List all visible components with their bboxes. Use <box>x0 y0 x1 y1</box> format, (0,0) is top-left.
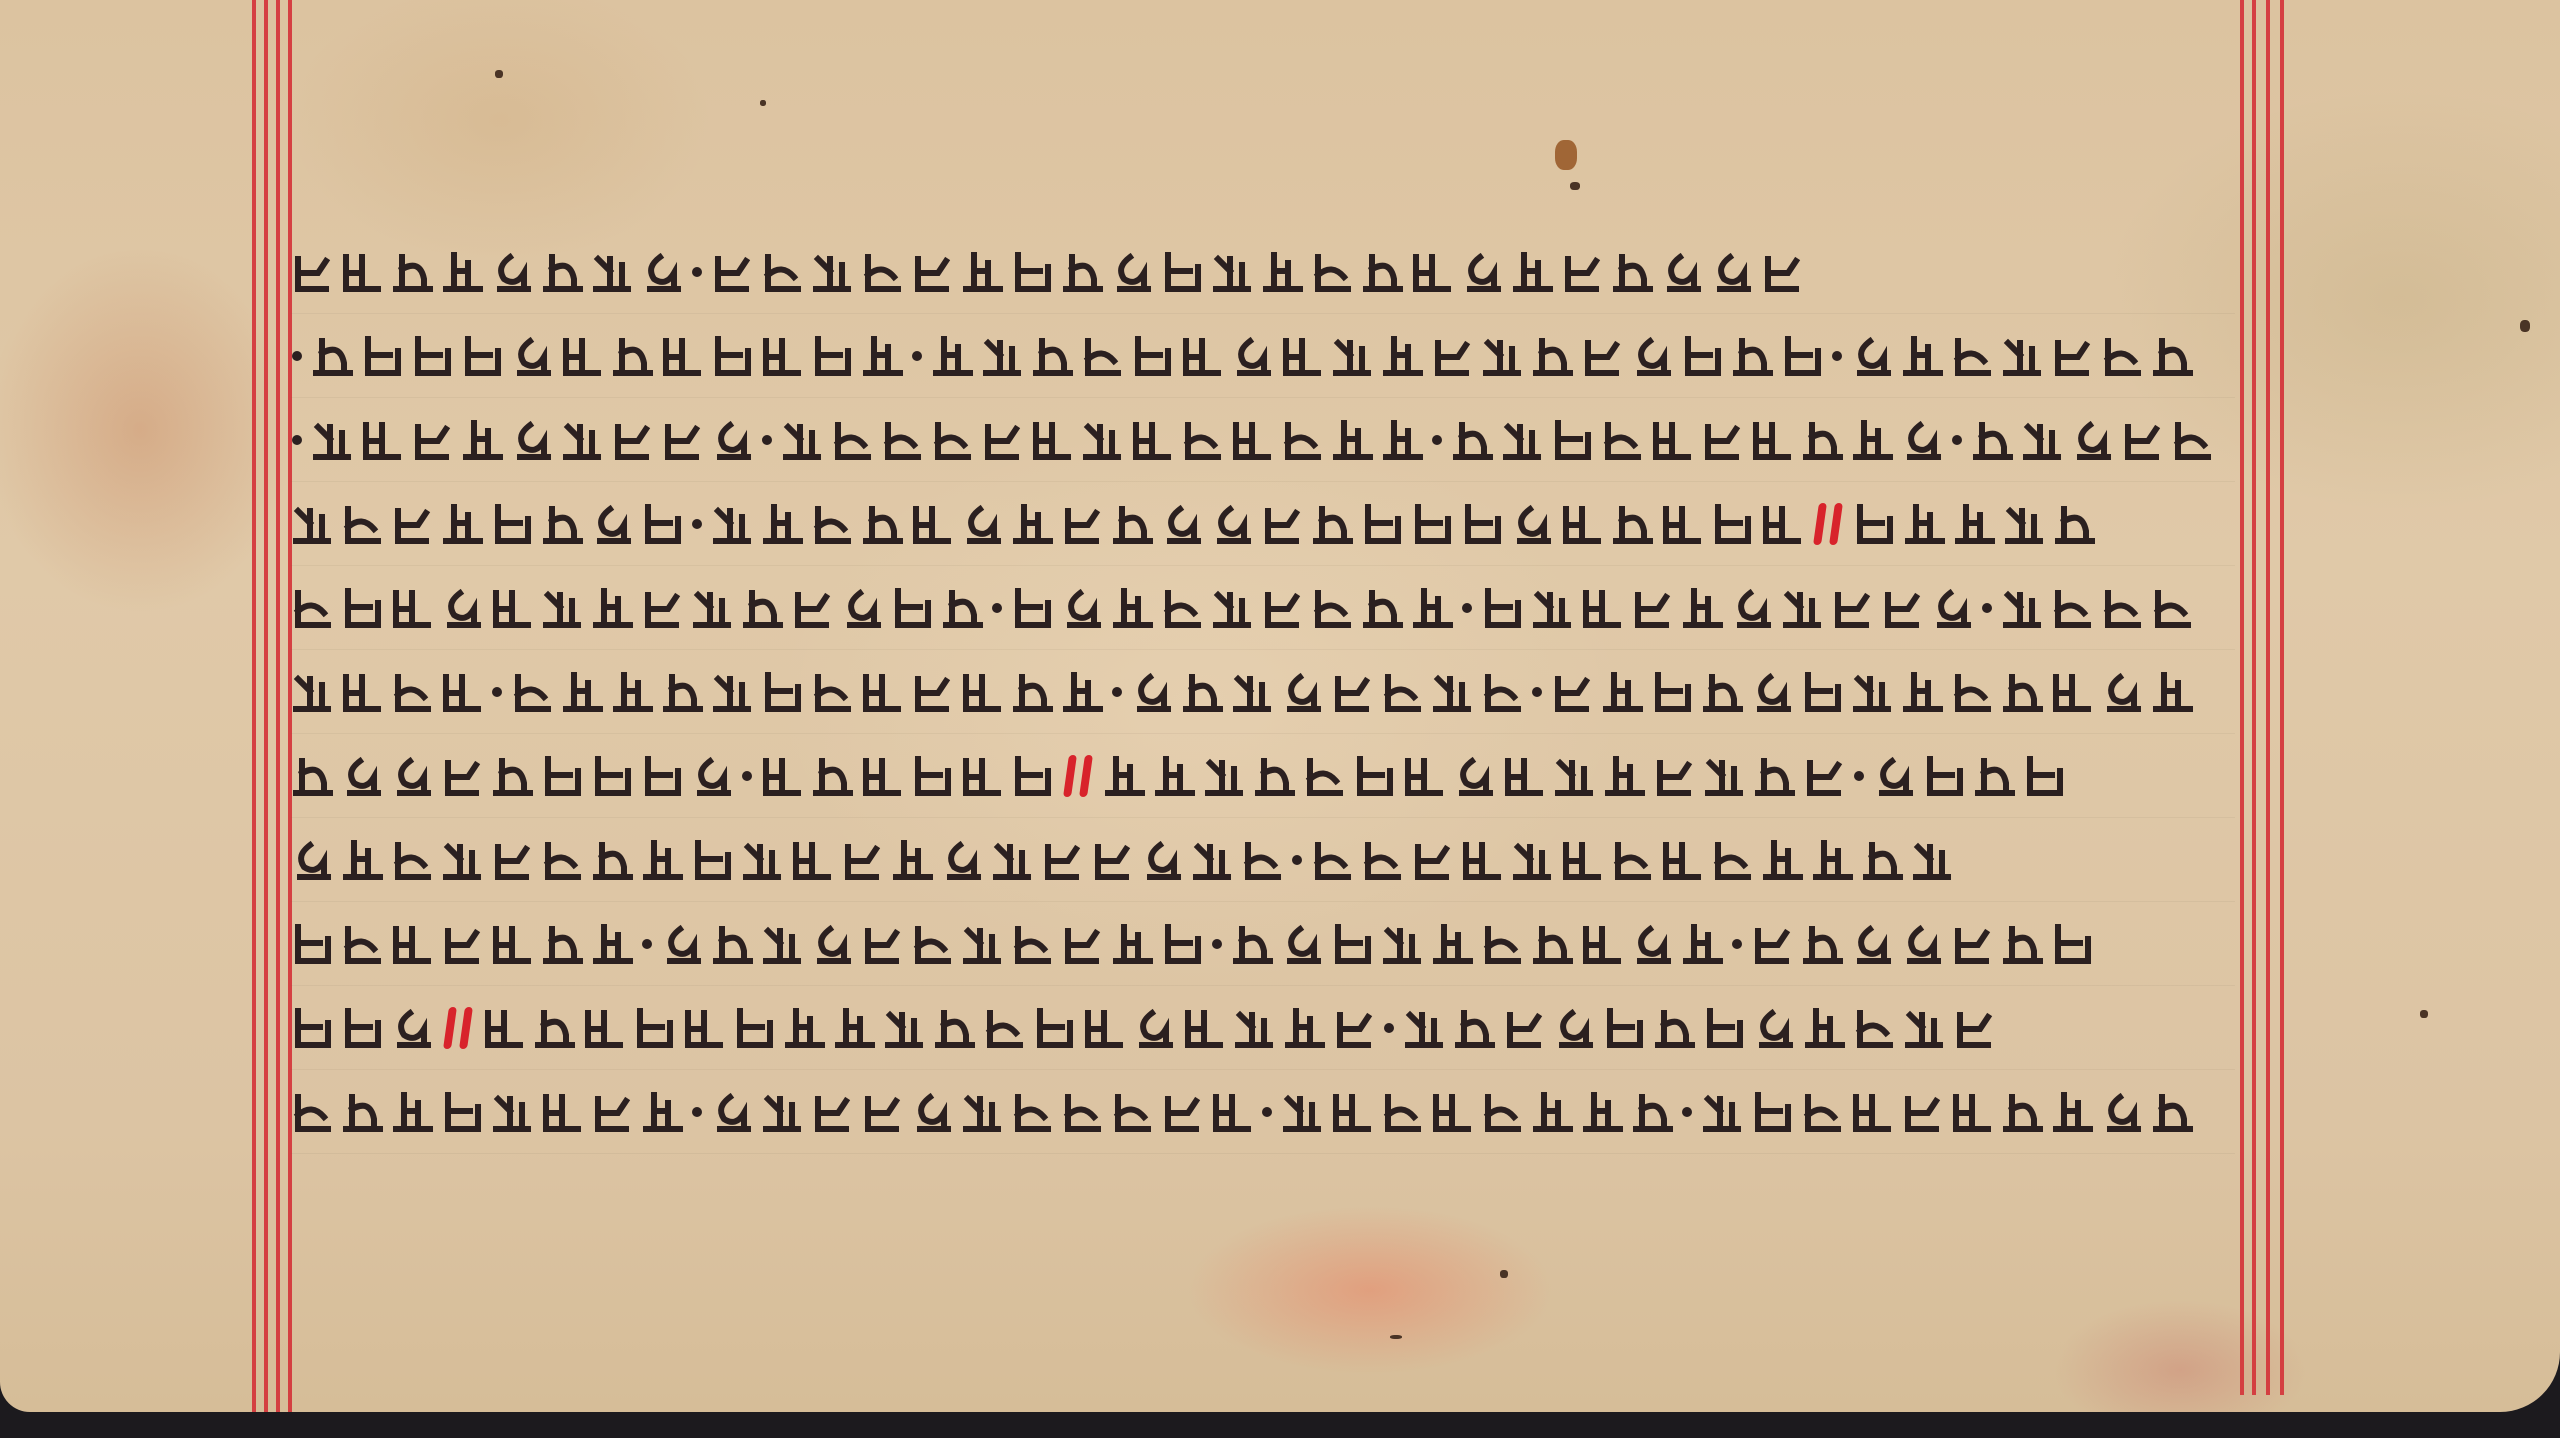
script-glyph <box>290 669 334 715</box>
script-glyph <box>1702 1005 1746 1051</box>
script-glyph <box>440 753 484 799</box>
script-glyph <box>460 417 504 463</box>
script-glyph <box>1040 837 1084 883</box>
script-run <box>710 501 1804 547</box>
visarga-dot <box>292 351 302 361</box>
script-glyph <box>1182 1005 1226 1051</box>
script-glyph <box>582 1005 626 1051</box>
script-glyph <box>1450 417 1494 463</box>
script-glyph <box>2050 921 2094 967</box>
script-glyph <box>1110 921 1154 967</box>
script-glyph <box>1580 921 1624 967</box>
script-glyph <box>410 417 454 463</box>
script-glyph <box>710 417 754 463</box>
script-glyph <box>910 249 954 295</box>
script-glyph <box>290 921 334 967</box>
script-glyph <box>1610 249 1654 295</box>
script-glyph <box>1352 753 1396 799</box>
script-glyph <box>490 501 534 547</box>
visarga-dot <box>1832 351 1842 361</box>
script-run <box>290 249 684 295</box>
script-glyph <box>1032 1005 1076 1051</box>
script-glyph <box>482 1005 526 1051</box>
visarga-dot <box>1432 435 1442 445</box>
script-glyph <box>490 249 534 295</box>
script-run <box>1872 753 2066 799</box>
script-glyph <box>2000 333 2044 379</box>
script-glyph <box>710 333 754 379</box>
manuscript-line-9 <box>290 902 2235 986</box>
script-glyph <box>932 1005 976 1051</box>
script-glyph <box>1180 333 1224 379</box>
script-glyph <box>340 753 384 799</box>
script-run <box>290 921 634 967</box>
script-glyph <box>810 921 854 967</box>
script-glyph <box>1410 249 1454 295</box>
script-glyph <box>1160 585 1204 631</box>
script-glyph <box>2000 921 2044 967</box>
script-glyph <box>710 501 754 547</box>
script-glyph <box>1652 1005 1696 1051</box>
script-glyph <box>1560 837 1604 883</box>
script-glyph <box>840 837 884 883</box>
script-run <box>290 501 684 547</box>
script-glyph <box>1202 753 1246 799</box>
script-glyph <box>340 501 384 547</box>
red-double-danda <box>440 1007 476 1049</box>
script-glyph <box>2022 753 2066 799</box>
right-ruling-line <box>2252 0 2256 1395</box>
script-glyph <box>1110 249 1154 295</box>
script-glyph <box>2150 585 2194 631</box>
script-glyph <box>1160 249 1204 295</box>
script-run <box>290 585 984 631</box>
script-glyph <box>1260 585 1304 631</box>
script-glyph <box>1900 669 1944 715</box>
script-glyph <box>590 501 634 547</box>
script-glyph <box>960 921 1004 967</box>
visarga-dot <box>1854 771 1864 781</box>
script-glyph <box>1310 249 1354 295</box>
script-glyph <box>590 585 634 631</box>
script-glyph <box>760 921 804 967</box>
script-glyph <box>810 753 854 799</box>
script-glyph <box>1132 1005 1176 1051</box>
script-run <box>510 669 1104 715</box>
script-glyph <box>990 837 1034 883</box>
script-glyph <box>2100 333 2144 379</box>
script-glyph <box>490 921 534 967</box>
script-glyph <box>1610 837 1654 883</box>
script-glyph <box>1850 921 1894 967</box>
script-glyph <box>2150 1089 2194 1135</box>
script-run <box>1280 1089 1674 1135</box>
script-glyph <box>882 1005 926 1051</box>
script-glyph <box>1260 249 1304 295</box>
paper-fleck <box>1570 182 1580 190</box>
script-glyph <box>710 921 754 967</box>
script-glyph <box>1800 669 1844 715</box>
script-glyph <box>1302 753 1346 799</box>
script-glyph <box>1160 921 1204 967</box>
script-glyph <box>1060 249 1104 295</box>
script-glyph <box>490 753 534 799</box>
manuscript-text-block <box>290 230 2235 1154</box>
script-glyph <box>910 921 954 967</box>
script-glyph <box>980 417 1024 463</box>
script-glyph <box>1410 501 1454 547</box>
script-glyph <box>390 837 434 883</box>
red-double-danda <box>1060 755 1096 797</box>
script-run <box>1402 1005 1996 1051</box>
script-run <box>290 753 734 799</box>
script-glyph <box>1232 1005 1276 1051</box>
script-glyph <box>660 333 704 379</box>
script-glyph <box>1430 921 1474 967</box>
script-glyph <box>2150 669 2194 715</box>
script-glyph <box>340 1089 384 1135</box>
script-glyph <box>460 333 504 379</box>
script-glyph <box>540 1089 584 1135</box>
manuscript-line-10 <box>290 986 2235 1070</box>
script-glyph <box>1310 501 1354 547</box>
script-run <box>290 837 1284 883</box>
script-glyph <box>1480 1089 1524 1135</box>
script-glyph <box>590 753 634 799</box>
script-glyph <box>1380 1089 1424 1135</box>
visarga-dot <box>1682 1107 1692 1117</box>
script-glyph <box>1530 1089 1574 1135</box>
script-glyph <box>1900 921 1944 967</box>
visarga-dot <box>692 519 702 529</box>
script-run <box>1750 921 2094 967</box>
script-glyph <box>590 921 634 967</box>
script-glyph <box>1080 333 1124 379</box>
script-glyph <box>1210 1089 1254 1135</box>
script-glyph <box>640 249 684 295</box>
visarga-dot <box>1462 603 1472 613</box>
script-glyph <box>1160 1089 1204 1135</box>
script-glyph <box>1082 1005 1126 1051</box>
manuscript-line-11 <box>290 1070 2235 1154</box>
script-run <box>710 1089 1254 1135</box>
script-glyph <box>1010 1089 1054 1135</box>
script-glyph <box>1800 921 1844 967</box>
script-glyph <box>540 501 584 547</box>
script-glyph <box>1010 753 1054 799</box>
visarga-dot <box>742 771 752 781</box>
script-glyph <box>1010 585 1054 631</box>
script-glyph <box>1280 417 1324 463</box>
script-glyph <box>1380 921 1424 967</box>
script-glyph <box>2050 669 2094 715</box>
script-glyph <box>910 753 954 799</box>
script-glyph <box>732 1005 776 1051</box>
paper-fleck <box>1390 1335 1402 1339</box>
script-glyph <box>880 417 924 463</box>
script-glyph <box>1280 669 1324 715</box>
script-glyph <box>1130 417 1174 463</box>
script-glyph <box>1140 837 1184 883</box>
script-glyph <box>2000 1089 2044 1135</box>
script-glyph <box>760 333 804 379</box>
script-glyph <box>1760 501 1804 547</box>
script-run <box>660 921 1204 967</box>
script-run <box>1450 417 1944 463</box>
script-glyph <box>1430 1089 1474 1135</box>
script-glyph <box>1010 921 1054 967</box>
script-glyph <box>1260 501 1304 547</box>
script-run <box>1852 501 2096 547</box>
script-glyph <box>1402 753 1446 799</box>
script-glyph <box>1510 837 1554 883</box>
script-glyph <box>340 585 384 631</box>
visarga-dot <box>492 687 502 697</box>
script-glyph <box>1360 501 1404 547</box>
script-glyph <box>1750 1089 1794 1135</box>
script-glyph <box>1630 1089 1674 1135</box>
visarga-dot <box>1952 435 1962 445</box>
script-glyph <box>540 837 584 883</box>
visarga-dot <box>1262 1107 1272 1117</box>
script-glyph <box>1480 921 1524 967</box>
script-glyph <box>440 501 484 547</box>
manuscript-line-7 <box>290 734 2235 818</box>
script-glyph <box>960 249 1004 295</box>
script-glyph <box>310 333 354 379</box>
left-ruling-line <box>264 0 268 1412</box>
script-glyph <box>1580 333 1624 379</box>
script-glyph <box>640 1089 684 1135</box>
script-glyph <box>2052 501 2096 547</box>
script-glyph <box>1480 669 1524 715</box>
script-glyph <box>390 753 434 799</box>
script-glyph <box>1460 837 1504 883</box>
script-glyph <box>1552 1005 1596 1051</box>
script-glyph <box>1550 669 1594 715</box>
script-glyph <box>1280 333 1324 379</box>
visarga-dot <box>1292 855 1302 865</box>
script-glyph <box>660 669 704 715</box>
script-glyph <box>560 333 604 379</box>
script-glyph <box>1802 753 1846 799</box>
script-glyph <box>810 249 854 295</box>
script-glyph <box>1700 417 1744 463</box>
script-glyph <box>1900 1089 1944 1135</box>
script-glyph <box>640 501 684 547</box>
script-glyph <box>560 669 604 715</box>
visarga-dot <box>642 939 652 949</box>
script-glyph <box>1710 249 1754 295</box>
right-ruling-line <box>2266 0 2270 1395</box>
script-glyph <box>1880 585 1924 631</box>
script-glyph <box>1280 1089 1324 1135</box>
script-glyph <box>1852 1005 1896 1051</box>
script-glyph <box>2100 1089 2144 1135</box>
script-glyph <box>1310 585 1354 631</box>
script-glyph <box>1500 417 1544 463</box>
script-glyph <box>940 585 984 631</box>
script-glyph <box>2050 1089 2094 1135</box>
script-glyph <box>1502 1005 1546 1051</box>
script-glyph <box>1780 585 1824 631</box>
script-glyph <box>1360 249 1404 295</box>
script-glyph <box>1330 333 1374 379</box>
script-glyph <box>690 837 734 883</box>
script-glyph <box>1160 501 1204 547</box>
script-glyph <box>1652 753 1696 799</box>
script-glyph <box>1252 753 1296 799</box>
script-glyph <box>740 837 784 883</box>
paper-fleck <box>2420 1010 2428 1018</box>
script-glyph <box>640 753 684 799</box>
script-glyph <box>810 1089 854 1135</box>
script-glyph <box>760 501 804 547</box>
script-glyph <box>640 585 684 631</box>
script-glyph <box>540 921 584 967</box>
script-glyph <box>1900 417 1944 463</box>
right-ruling-line <box>2280 0 2284 1395</box>
script-glyph <box>340 837 384 883</box>
script-glyph <box>1730 333 1774 379</box>
script-glyph <box>1530 333 1574 379</box>
script-glyph <box>1240 837 1284 883</box>
script-glyph <box>1800 1089 1844 1135</box>
script-glyph <box>2050 333 2094 379</box>
visarga-dot <box>1212 939 1222 949</box>
script-glyph <box>980 333 1024 379</box>
script-glyph <box>340 921 384 967</box>
right-ruling-line <box>2240 0 2244 1395</box>
script-glyph <box>1552 753 1596 799</box>
visarga-dot <box>1384 1023 1394 1033</box>
script-glyph <box>1330 1089 1374 1135</box>
script-glyph <box>1230 417 1274 463</box>
script-glyph <box>1060 1089 1104 1135</box>
script-glyph <box>1930 585 1974 631</box>
script-run <box>1130 669 1524 715</box>
script-run <box>780 417 1424 463</box>
script-glyph <box>940 837 984 883</box>
script-glyph <box>710 669 754 715</box>
script-glyph <box>790 837 834 883</box>
script-glyph <box>440 921 484 967</box>
script-glyph <box>1950 333 1994 379</box>
script-glyph <box>1530 585 1574 631</box>
script-glyph <box>1650 417 1694 463</box>
script-glyph <box>1700 1089 1744 1135</box>
script-glyph <box>1152 753 1196 799</box>
script-run <box>1230 921 1724 967</box>
script-glyph <box>1680 585 1724 631</box>
script-glyph <box>390 249 434 295</box>
script-glyph <box>1580 585 1624 631</box>
script-glyph <box>1130 333 1174 379</box>
script-glyph <box>1480 333 1524 379</box>
script-run <box>310 333 904 379</box>
script-glyph <box>1330 417 1374 463</box>
script-glyph <box>1282 1005 1326 1051</box>
script-run <box>1310 837 1954 883</box>
script-glyph <box>1602 1005 1646 1051</box>
script-glyph <box>1850 417 1894 463</box>
script-glyph <box>540 249 584 295</box>
script-glyph <box>490 585 534 631</box>
script-glyph <box>2070 417 2114 463</box>
script-glyph <box>1380 333 1424 379</box>
script-glyph <box>1360 585 1404 631</box>
visarga-dot <box>1532 687 1542 697</box>
script-glyph <box>1230 669 1274 715</box>
script-glyph <box>290 753 334 799</box>
script-glyph <box>1010 669 1054 715</box>
script-run <box>1550 669 2194 715</box>
script-glyph <box>390 1089 434 1135</box>
paper-fleck <box>760 100 766 106</box>
manuscript-line-8 <box>290 818 2235 902</box>
script-glyph <box>1010 249 1054 295</box>
manuscript-line-1 <box>290 230 2235 314</box>
script-glyph <box>440 249 484 295</box>
script-glyph <box>1030 417 1074 463</box>
script-glyph <box>1810 837 1854 883</box>
script-glyph <box>1080 417 1124 463</box>
script-glyph <box>1850 1089 1894 1135</box>
script-glyph <box>360 417 404 463</box>
script-glyph <box>1970 417 2014 463</box>
script-glyph <box>590 837 634 883</box>
script-glyph <box>1850 333 1894 379</box>
script-glyph <box>840 585 884 631</box>
script-glyph <box>860 921 904 967</box>
script-glyph <box>510 669 554 715</box>
script-glyph <box>1380 417 1424 463</box>
script-glyph <box>390 669 434 715</box>
script-glyph <box>2170 417 2214 463</box>
script-glyph <box>2120 417 2164 463</box>
script-run <box>290 669 484 715</box>
script-glyph <box>1060 585 1104 631</box>
script-glyph <box>1060 669 1104 715</box>
script-glyph <box>1760 249 1804 295</box>
script-glyph <box>440 1089 484 1135</box>
script-run <box>760 753 1054 799</box>
script-glyph <box>540 585 584 631</box>
script-glyph <box>610 669 654 715</box>
visarga-dot <box>1732 939 1742 949</box>
script-glyph <box>930 417 974 463</box>
script-glyph <box>910 1089 954 1135</box>
script-glyph <box>1330 921 1374 967</box>
script-run <box>482 1005 1376 1051</box>
script-glyph <box>390 585 434 631</box>
script-glyph <box>1702 753 1746 799</box>
script-glyph <box>1630 333 1674 379</box>
script-glyph <box>860 249 904 295</box>
script-glyph <box>1852 501 1896 547</box>
script-run <box>930 333 1824 379</box>
script-glyph <box>960 501 1004 547</box>
script-glyph <box>682 1005 726 1051</box>
script-glyph <box>1952 501 1996 547</box>
manuscript-line-2 <box>290 314 2235 398</box>
script-glyph <box>890 585 934 631</box>
manuscript-line-5 <box>290 566 2235 650</box>
script-glyph <box>490 1089 534 1135</box>
script-glyph <box>440 669 484 715</box>
dark-background-edge <box>0 1412 2560 1438</box>
script-glyph <box>910 669 954 715</box>
